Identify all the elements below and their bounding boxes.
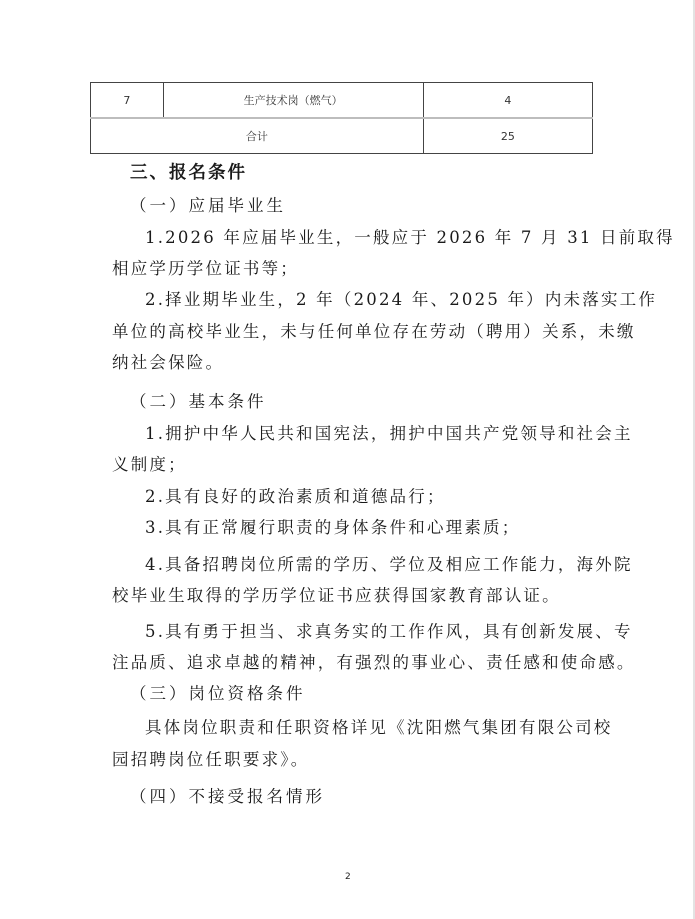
paragraph-line: 5.具有勇于担当、求真务实的工作作风，具有创新发展、专 — [145, 622, 633, 642]
row-count: 4 — [423, 83, 592, 119]
subsection-heading: （四）不接受报名情形 — [130, 787, 325, 807]
paragraph-line: 园招聘岗位任职要求》。 — [112, 750, 309, 770]
paragraph-line: 具体岗位职责和任职资格详见《沈阳燃气集团有限公司校 — [145, 718, 613, 738]
paragraph-line: 1.2026 年应届毕业生，一般应于 2026 年 7 月 31 日前取得 — [145, 228, 675, 248]
paragraph-line: 4.具备招聘岗位所需的学历、学位及相应工作能力，海外院 — [145, 555, 633, 575]
paragraph-line: 相应学历学位证书等； — [112, 259, 299, 279]
paragraph-line: 义制度； — [112, 455, 187, 475]
paragraph-line: 3.具有正常履行职责的身体条件和心理素质； — [145, 518, 520, 538]
subsection-heading: （一）应届毕业生 — [130, 196, 286, 216]
paragraph-line: 1.拥护中华人民共和国宪法，拥护中国共产党领导和社会主 — [145, 424, 633, 444]
section-heading: 三、报名条件 — [130, 163, 247, 183]
paragraph-line: 单位的高校毕业生，未与任何单位存在劳动（聘用）关系，未缴 — [112, 322, 636, 342]
paragraph-line: 2.具有良好的政治素质和道德品行； — [145, 487, 446, 507]
paragraph-line: 纳社会保险。 — [112, 353, 224, 373]
positions-table: 7 生产技术岗（燃气） 4 合计 25 — [90, 82, 593, 154]
subsection-heading: （三）岗位资格条件 — [130, 684, 306, 704]
paragraph-line: 校毕业生取得的学历学位证书应获得国家教育部认证。 — [112, 586, 561, 606]
row-position: 生产技术岗（燃气） — [163, 83, 423, 119]
row-number: 7 — [91, 83, 164, 119]
table-total-row: 合计 25 — [91, 118, 593, 154]
table-row: 7 生产技术岗（燃气） 4 — [91, 83, 593, 119]
subsection-heading: （二）基本条件 — [130, 392, 267, 412]
page-number: 2 — [345, 872, 351, 882]
total-label: 合计 — [91, 118, 424, 154]
paragraph-line: 2.择业期毕业生，2 年（2024 年、2025 年）内未落实工作 — [145, 290, 657, 310]
total-value: 25 — [423, 118, 592, 154]
paragraph-line: 注品质、追求卓越的精神，有强烈的事业心、责任感和使命感。 — [112, 653, 636, 673]
